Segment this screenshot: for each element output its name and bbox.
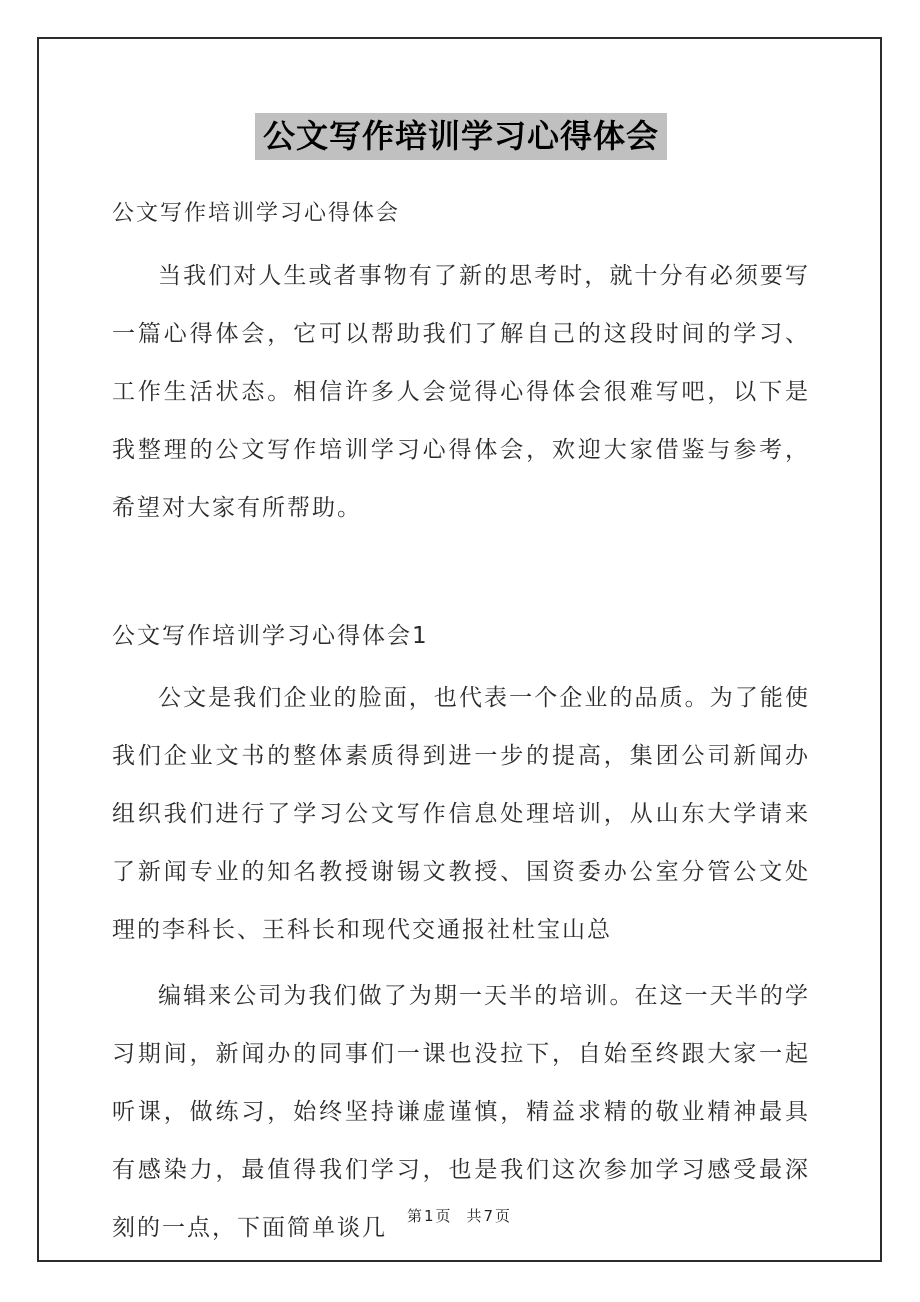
document-page: 公文写作培训学习心得体会 公文写作培训学习心得体会 当我们对人生或者事物有了新的… [37, 37, 882, 1262]
total-pages: 共7页 [467, 1207, 513, 1225]
page-footer: 第1页共7页 [39, 1208, 880, 1225]
document-canvas: 公文写作培训学习心得体会 公文写作培训学习心得体会 当我们对人生或者事物有了新的… [0, 0, 920, 1302]
document-subtitle: 公文写作培训学习心得体会 [112, 202, 810, 226]
intro-paragraph: 当我们对人生或者事物有了新的思考时，就十分有必须要写一篇心得体会，它可以帮助我们… [112, 247, 810, 537]
title-row: 公文写作培训学习心得体会 [112, 113, 810, 160]
document-title: 公文写作培训学习心得体会 [255, 113, 667, 160]
section-heading: 公文写作培训学习心得体会1 [112, 607, 810, 665]
page-number: 第1页 [407, 1207, 453, 1225]
body-paragraph-1: 公文是我们企业的脸面，也代表一个企业的品质。为了能使我们企业文书的整体素质得到进… [112, 669, 810, 959]
